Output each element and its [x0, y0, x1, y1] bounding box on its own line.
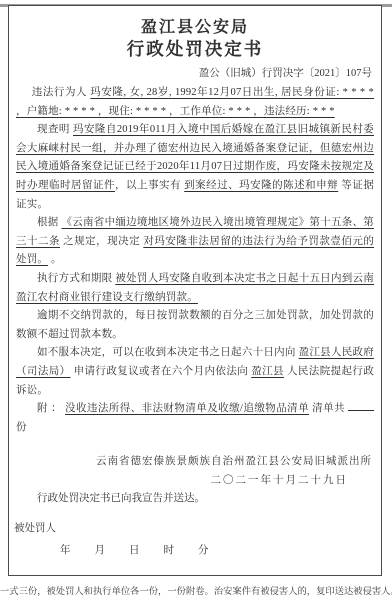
attachment-paragraph: 附 ： 没收违法所得、非法财物清单及收缴/追缴物品清单 清单共 份	[16, 400, 374, 437]
appeal-paragraph: 如不服本决定，可以在收到本决定书之日起六十日内向 盈江县人民政府（司法局） 申请…	[16, 344, 374, 400]
receipt-datetime-line: 年 月 日 时 分	[60, 543, 374, 559]
attachment-mid: 清单共	[312, 403, 345, 414]
facts-paragraph: 现查明 玛安隆自2019年011月入境中国后婚嫁在盈江县旧城镇新民村委会大麻崃村…	[16, 121, 374, 214]
delivery-statement: 行政处罚决定书已向我宣告并送达。	[16, 491, 374, 507]
facts-mid: ，以上事实有	[115, 180, 181, 191]
attachment-tail: 份	[16, 422, 27, 433]
signature-block: 云南省德宏傣族景颇族自治州盈江县公安局旧城派出所 二〇二一年十月二十九日	[16, 452, 374, 490]
attachment-list-name: 没收违法所得、非法财物清单及收缴/追缴物品清单	[65, 403, 309, 414]
agency-title: 盈江县公安局	[16, 18, 374, 38]
party-label: 违法行为人	[32, 87, 87, 98]
document-body: 违法行为人 玛安隆, 女, 28岁, 1992年12月07日出生, 居民身份证:…	[16, 84, 374, 437]
execution-lead: 执行方式和期限	[37, 273, 112, 284]
issue-date: 二〇二一年十月二十九日	[16, 471, 374, 490]
execution-paragraph: 执行方式和期限 被处罚人玛安隆自收到本决定书之日起十五日内到云南盈江农村商业银行…	[16, 270, 374, 307]
appeal-court: 盈江县	[251, 366, 284, 377]
attachment-lead: 附 ：	[37, 403, 62, 414]
appeal-mid: 申请行政复议或者在六个月内依法向	[74, 366, 249, 377]
legal-basis-paragraph: 根据 《云南省中缅边境地区境外边民入境出境管理规定》第十五条、第三十二条 之规定…	[16, 214, 374, 270]
late-penalty-paragraph: 逾期不交纳罚款的，每日按罚款数额的百分之三加处罚款，加处罚款的数额不超过罚款本数…	[16, 307, 374, 344]
attachment-count-blank	[348, 400, 374, 411]
document-title: 行政处罚决定书	[16, 38, 374, 60]
punished-person-label: 被处罚人	[14, 521, 374, 537]
appeal-lead: 如不服本决定，可以在收到本决定书之日起六十日内向	[37, 347, 296, 358]
basis-tail: 。	[51, 254, 62, 265]
document-border: 盈江县公安局 行政处罚决定书 盈公（旧城）行罚决字〔2021〕107号 违法行为…	[8, 5, 382, 576]
document-page: 盈江县公安局 行政处罚决定书 盈公（旧城）行罚决字〔2021〕107号 违法行为…	[0, 0, 392, 600]
party-paragraph: 违法行为人 玛安隆, 女, 28岁, 1992年12月07日出生, 居民身份证:…	[16, 84, 374, 121]
basis-lead: 根据	[37, 217, 59, 228]
issuing-unit: 云南省德宏傣族景颇族自治州盈江县公安局旧城派出所	[16, 452, 374, 471]
facts-lead: 现查明	[37, 124, 70, 135]
document-number: 盈公（旧城）行罚决字〔2021〕107号	[16, 66, 372, 81]
delivery-receipt-block: 行政处罚决定书已向我宣告并送达。 被处罚人 年 月 日 时 分	[16, 491, 374, 559]
copies-distribution-note: 一式三份，被处罚人和执行单位各一份，一份附卷。治安案件有被侵害人的，复印送达被侵…	[0, 583, 392, 597]
facts-evidence: 到案经过、玛安隆的陈述和申辩	[184, 180, 338, 191]
basis-mid: 之规定，现决定	[63, 236, 140, 247]
